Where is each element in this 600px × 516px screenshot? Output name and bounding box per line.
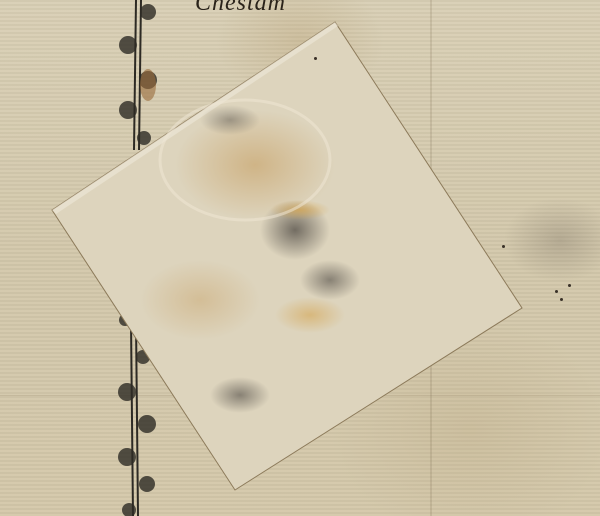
ink-speck bbox=[560, 298, 563, 301]
ink-speck bbox=[568, 284, 571, 287]
ink-speck bbox=[502, 245, 505, 248]
ink-speck bbox=[555, 290, 558, 293]
paper-seal-wafer bbox=[0, 0, 600, 516]
ink-speck bbox=[314, 57, 317, 60]
